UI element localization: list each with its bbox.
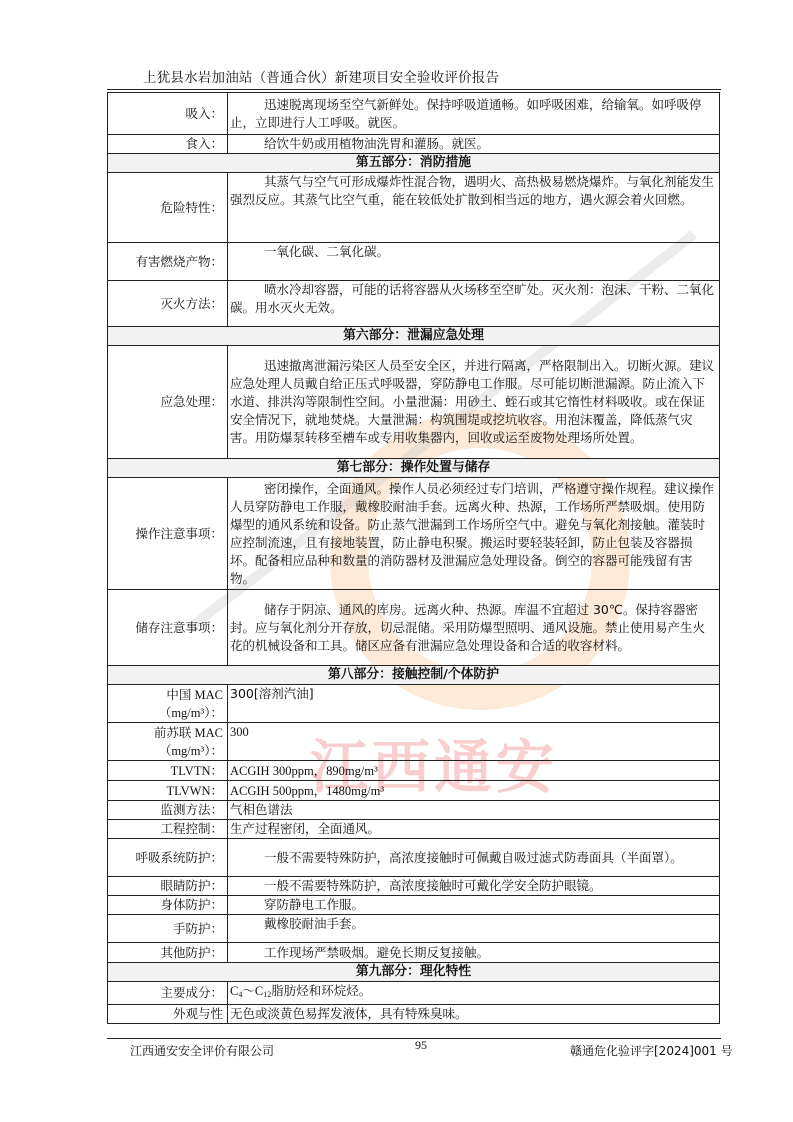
section-header-row: 第九部分：理化特性 xyxy=(108,963,720,982)
row-label: 食入： xyxy=(108,135,228,154)
msds-table: 吸入： 迅速脱离现场至空气新鲜处。保持呼吸道通畅。如呼吸困难，给输氧。如呼吸停止… xyxy=(107,92,720,1024)
row-label: 应急处理： xyxy=(108,346,228,459)
table-row: TLVWN： ACGIH 500ppm，1480mg/m³ xyxy=(108,781,720,801)
row-label: TLVWN： xyxy=(108,781,228,801)
footer-company: 江西通安安全评价有限公司 xyxy=(130,1042,274,1059)
footer-doc-number: 赣通危化验评字[2024]001 号 xyxy=(570,1042,733,1059)
page-number: 95 xyxy=(415,1038,427,1053)
row-value: 一般不需要特殊防护，高浓度接触时可佩戴自吸过滤式防毒面具（半面罩）。 xyxy=(228,839,720,877)
table-row: 其他防护： 工作现场严禁吸烟。避免长期反复接触。 xyxy=(108,943,720,963)
row-value: ACGIH 500ppm，1480mg/m³ xyxy=(228,781,720,801)
table-row: 应急处理： 迅速撤离泄漏污染区人员至安全区，并进行隔离，严格限制出入。切断火源。… xyxy=(108,346,720,459)
row-label: 有害燃烧产物： xyxy=(108,243,228,281)
row-label: 前苏联 MAC（mg/m³）： xyxy=(108,723,228,761)
row-value: 工作现场严禁吸烟。避免长期反复接触。 xyxy=(228,943,720,963)
page-header-title: 上犹县水岩加油站（普通合伙）新建项目安全验收评价报告 xyxy=(143,66,499,86)
row-label: 储存注意事项： xyxy=(108,590,228,666)
header-divider xyxy=(107,89,721,90)
section-title: 第五部分：消防措施 xyxy=(108,154,720,173)
row-value: ACGIH 300ppm，890mg/m³ xyxy=(228,761,720,781)
row-value: 戴橡胶耐油手套。 xyxy=(228,915,720,943)
row-value: 300 xyxy=(228,723,720,761)
row-label: 身体防护： xyxy=(108,896,228,915)
footer-divider xyxy=(107,1038,721,1039)
section-title: 第六部分：泄漏应急处理 xyxy=(108,327,720,346)
section-header-row: 第八部分：接触控制/个体防护 xyxy=(108,666,720,685)
row-value: 喷水冷却容器，可能的话将容器从火场移至空旷处。灭火剂：泡沫、干粉、二氧化碳。用水… xyxy=(228,281,720,327)
row-label: 主要成分： xyxy=(108,982,228,1005)
section-header-row: 第七部分：操作处置与储存 xyxy=(108,459,720,478)
row-value: 一般不需要特殊防护，高浓度接触时可戴化学安全防护眼镜。 xyxy=(228,877,720,896)
row-value: 其蒸气与空气可形成爆炸性混合物，遇明火、高热极易燃烧爆炸。与氧化剂能发生强烈反应… xyxy=(228,173,720,243)
table-row: 呼吸系统防护： 一般不需要特殊防护，高浓度接触时可佩戴自吸过滤式防毒面具（半面罩… xyxy=(108,839,720,877)
section-title: 第七部分：操作处置与储存 xyxy=(108,459,720,478)
row-value: 气相色谱法 xyxy=(228,801,720,820)
table-row: 监测方法： 气相色谱法 xyxy=(108,801,720,820)
row-value: 迅速撤离泄漏污染区人员至安全区，并进行隔离，严格限制出入。切断火源。建议应急处理… xyxy=(228,346,720,459)
section-header-row: 第五部分：消防措施 xyxy=(108,154,720,173)
section-header-row: 第六部分：泄漏应急处理 xyxy=(108,327,720,346)
row-label: 呼吸系统防护： xyxy=(108,839,228,877)
table-row: 吸入： 迅速脱离现场至空气新鲜处。保持呼吸道通畅。如呼吸困难，给输氧。如呼吸停止… xyxy=(108,93,720,135)
table-row: 食入： 给饮牛奶或用植物油洗胃和灌肠。就医。 xyxy=(108,135,720,154)
section-title: 第八部分：接触控制/个体防护 xyxy=(108,666,720,685)
row-value: 一氧化碳、二氧化碳。 xyxy=(228,243,720,281)
row-value: 储存于阴凉、通风的库房。远离火种、热源。库温不宜超过 30℃。保持容器密封。应与… xyxy=(228,590,720,666)
table-row: 手防护： 戴橡胶耐油手套。 xyxy=(108,915,720,943)
row-value: 给饮牛奶或用植物油洗胃和灌肠。就医。 xyxy=(228,135,720,154)
row-value: 生产过程密闭，全面通风。 xyxy=(228,820,720,839)
row-label: TLVTN： xyxy=(108,761,228,781)
row-label: 危险特性： xyxy=(108,173,228,243)
row-value: 迅速脱离现场至空气新鲜处。保持呼吸道通畅。如呼吸困难，给输氧。如呼吸停止，立即进… xyxy=(228,93,720,135)
row-value: 穿防静电工作服。 xyxy=(228,896,720,915)
table-row: 储存注意事项： 储存于阴凉、通风的库房。远离火种、热源。库温不宜超过 30℃。保… xyxy=(108,590,720,666)
table-row: 工程控制： 生产过程密闭，全面通风。 xyxy=(108,820,720,839)
table-row: 操作注意事项： 密闭操作，全面通风。操作人员必须经过专门培训，严格遵守操作规程。… xyxy=(108,478,720,590)
table-row: TLVTN： ACGIH 300ppm，890mg/m³ xyxy=(108,761,720,781)
row-label: 眼睛防护： xyxy=(108,877,228,896)
row-value: 300[溶剂汽油] xyxy=(228,685,720,723)
row-label: 灭火方法： xyxy=(108,281,228,327)
row-label: 吸入： xyxy=(108,93,228,135)
table-row: 主要成分： C4～C12脂肪烃和环烷烃。 xyxy=(108,982,720,1005)
row-value: 无色或淡黄色易挥发液体，具有特殊臭味。 xyxy=(228,1005,720,1024)
table-row: 有害燃烧产物： 一氧化碳、二氧化碳。 xyxy=(108,243,720,281)
row-label: 手防护： xyxy=(108,915,228,943)
table-row: 灭火方法： 喷水冷却容器，可能的话将容器从火场移至空旷处。灭火剂：泡沫、干粉、二… xyxy=(108,281,720,327)
section-title: 第九部分：理化特性 xyxy=(108,963,720,982)
row-label: 操作注意事项： xyxy=(108,478,228,590)
row-label: 中国 MAC（mg/m³）： xyxy=(108,685,228,723)
row-value: C4～C12脂肪烃和环烷烃。 xyxy=(228,982,720,1005)
table-row: 危险特性： 其蒸气与空气可形成爆炸性混合物，遇明火、高热极易燃烧爆炸。与氧化剂能… xyxy=(108,173,720,243)
table-row: 外观与性 无色或淡黄色易挥发液体，具有特殊臭味。 xyxy=(108,1005,720,1024)
table-row: 眼睛防护： 一般不需要特殊防护，高浓度接触时可戴化学安全防护眼镜。 xyxy=(108,877,720,896)
row-label: 工程控制： xyxy=(108,820,228,839)
table-row: 身体防护： 穿防静电工作服。 xyxy=(108,896,720,915)
table-row: 前苏联 MAC（mg/m³）： 300 xyxy=(108,723,720,761)
row-label: 其他防护： xyxy=(108,943,228,963)
row-label: 外观与性 xyxy=(108,1005,228,1024)
row-label: 监测方法： xyxy=(108,801,228,820)
table-row: 中国 MAC（mg/m³）： 300[溶剂汽油] xyxy=(108,685,720,723)
row-value: 密闭操作，全面通风。操作人员必须经过专门培训，严格遵守操作规程。建议操作人员穿防… xyxy=(228,478,720,590)
